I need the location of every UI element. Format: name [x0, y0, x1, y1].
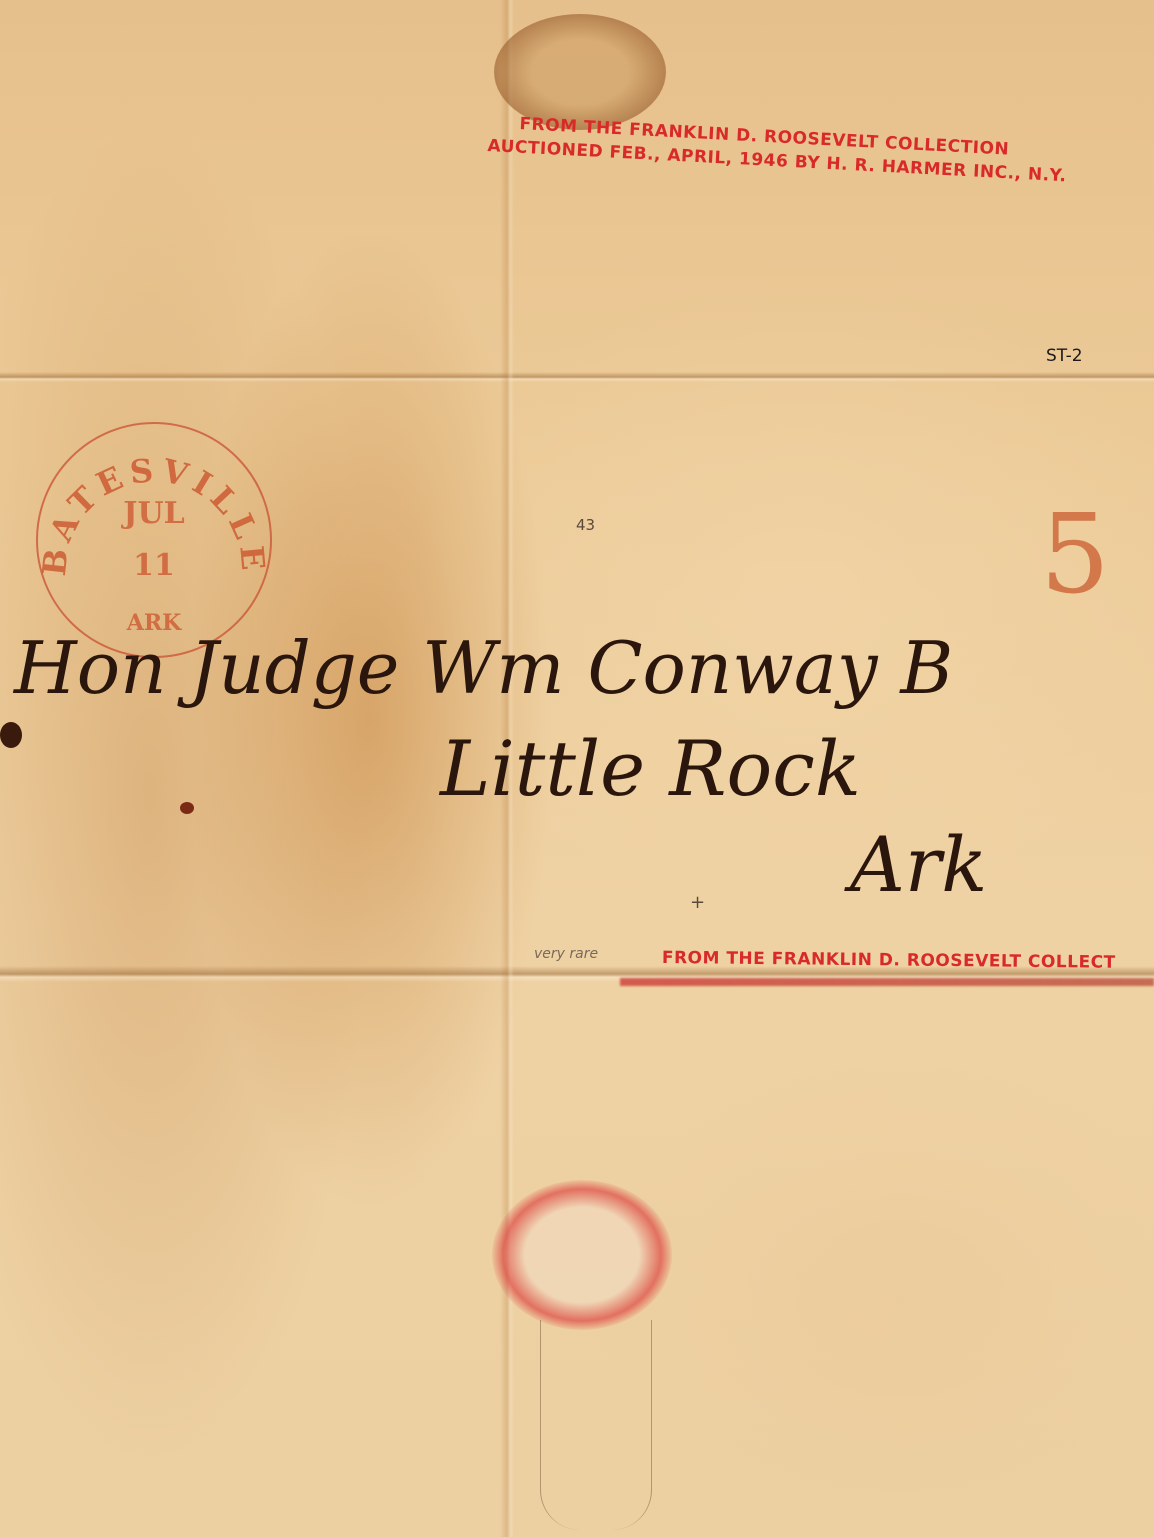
ink-blot — [0, 722, 22, 748]
address-line-city: Little Rock — [440, 724, 861, 813]
pencil-number-note: 43 — [576, 516, 595, 534]
postmark-month: JUL — [38, 496, 270, 531]
ink-spot — [180, 802, 194, 814]
postmark-day: 11 — [38, 548, 270, 583]
fold-line-horizontal-top — [0, 372, 1154, 382]
folded-letter-cover: FROM THE FRANKLIN D. ROOSEVELT COLLECTIO… — [0, 0, 1154, 1537]
rate-marking: 5 — [1040, 490, 1110, 618]
pencil-cross-mark: + — [690, 892, 705, 913]
seal-tear — [540, 1320, 652, 1530]
catalog-code-note: ST-2 — [1046, 346, 1083, 366]
wax-seal-stain-top — [494, 14, 666, 130]
auction-handstamp-bottom-line2-obscured — [620, 978, 1154, 986]
wax-seal-remnant-bottom — [492, 1180, 672, 1330]
address-line-recipient: Hon Judge Wm Conway B — [14, 626, 953, 710]
rarity-pencil-note: very rare — [534, 946, 598, 962]
address-line-state: Ark — [850, 820, 987, 909]
batesville-postmark: BATESVILLE JUL 11 ARK — [36, 422, 272, 658]
